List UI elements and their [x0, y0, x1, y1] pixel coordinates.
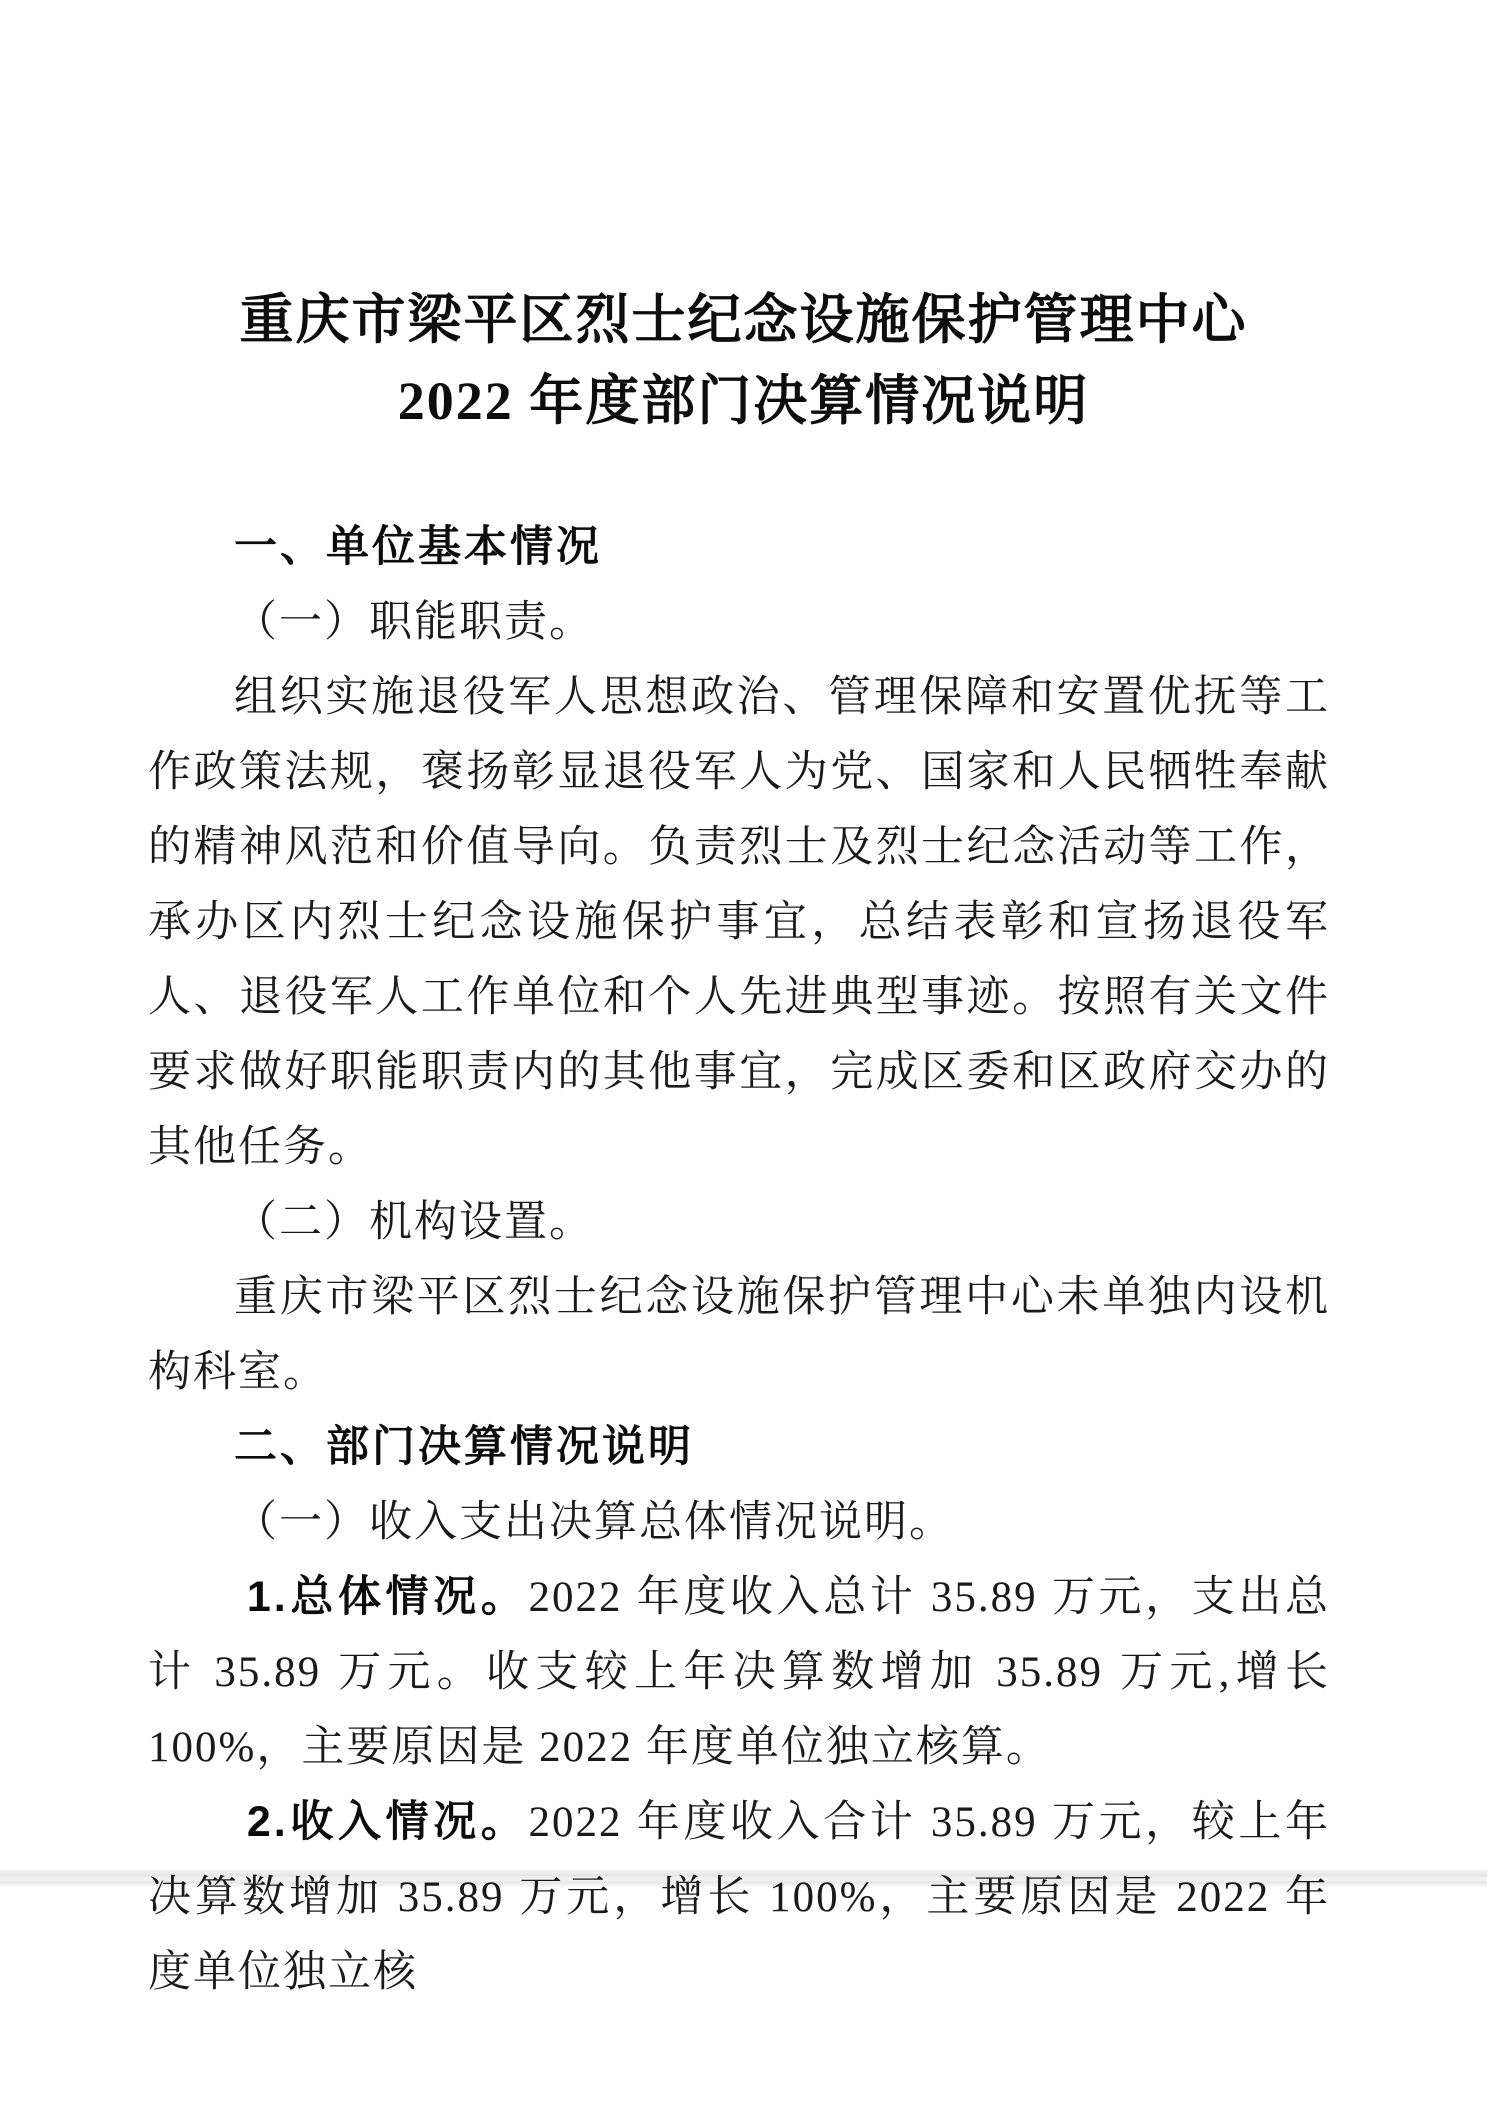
paragraph-duties: 组织实施退役军人思想政治、管理保障和安置优抚等工作政策法规，褒扬彰显退役军人为党…: [148, 660, 1330, 1185]
section-1-subheading-organization: （二）机构设置。: [148, 1185, 1330, 1260]
paragraph-income-situation: 2.收入情况。2022 年度收入合计 35.89 万元，较上年决算数增加 35.…: [148, 1785, 1330, 2010]
document-title: 重庆市梁平区烈士纪念设施保护管理中心 2022 年度部门决算情况说明: [0, 0, 1487, 442]
section-2-heading: 二、部门决算情况说明: [148, 1410, 1330, 1485]
document-body: 一、单位基本情况 （一）职能职责。 组织实施退役军人思想政治、管理保障和安置优抚…: [148, 510, 1330, 2010]
document-page: 重庆市梁平区烈士纪念设施保护管理中心 2022 年度部门决算情况说明 一、单位基…: [0, 0, 1487, 2102]
income-situation-label: 2.收入情况。: [247, 1798, 529, 1846]
paragraph-organization: 重庆市梁平区烈士纪念设施保护管理中心未单独内设机构科室。: [148, 1260, 1330, 1410]
overall-situation-label: 1.总体情况。: [247, 1573, 529, 1621]
section-1-heading: 一、单位基本情况: [148, 510, 1330, 585]
section-1-subheading-duties: （一）职能职责。: [148, 585, 1330, 660]
document-title-line-2: 2022 年度部门决算情况说明: [0, 361, 1487, 442]
document-title-line-1: 重庆市梁平区烈士纪念设施保护管理中心: [0, 280, 1487, 361]
section-2-subheading-overview: （一）收入支出决算总体情况说明。: [148, 1485, 1330, 1560]
paragraph-overall-situation: 1.总体情况。2022 年度收入总计 35.89 万元，支出总计 35.89 万…: [148, 1560, 1330, 1785]
